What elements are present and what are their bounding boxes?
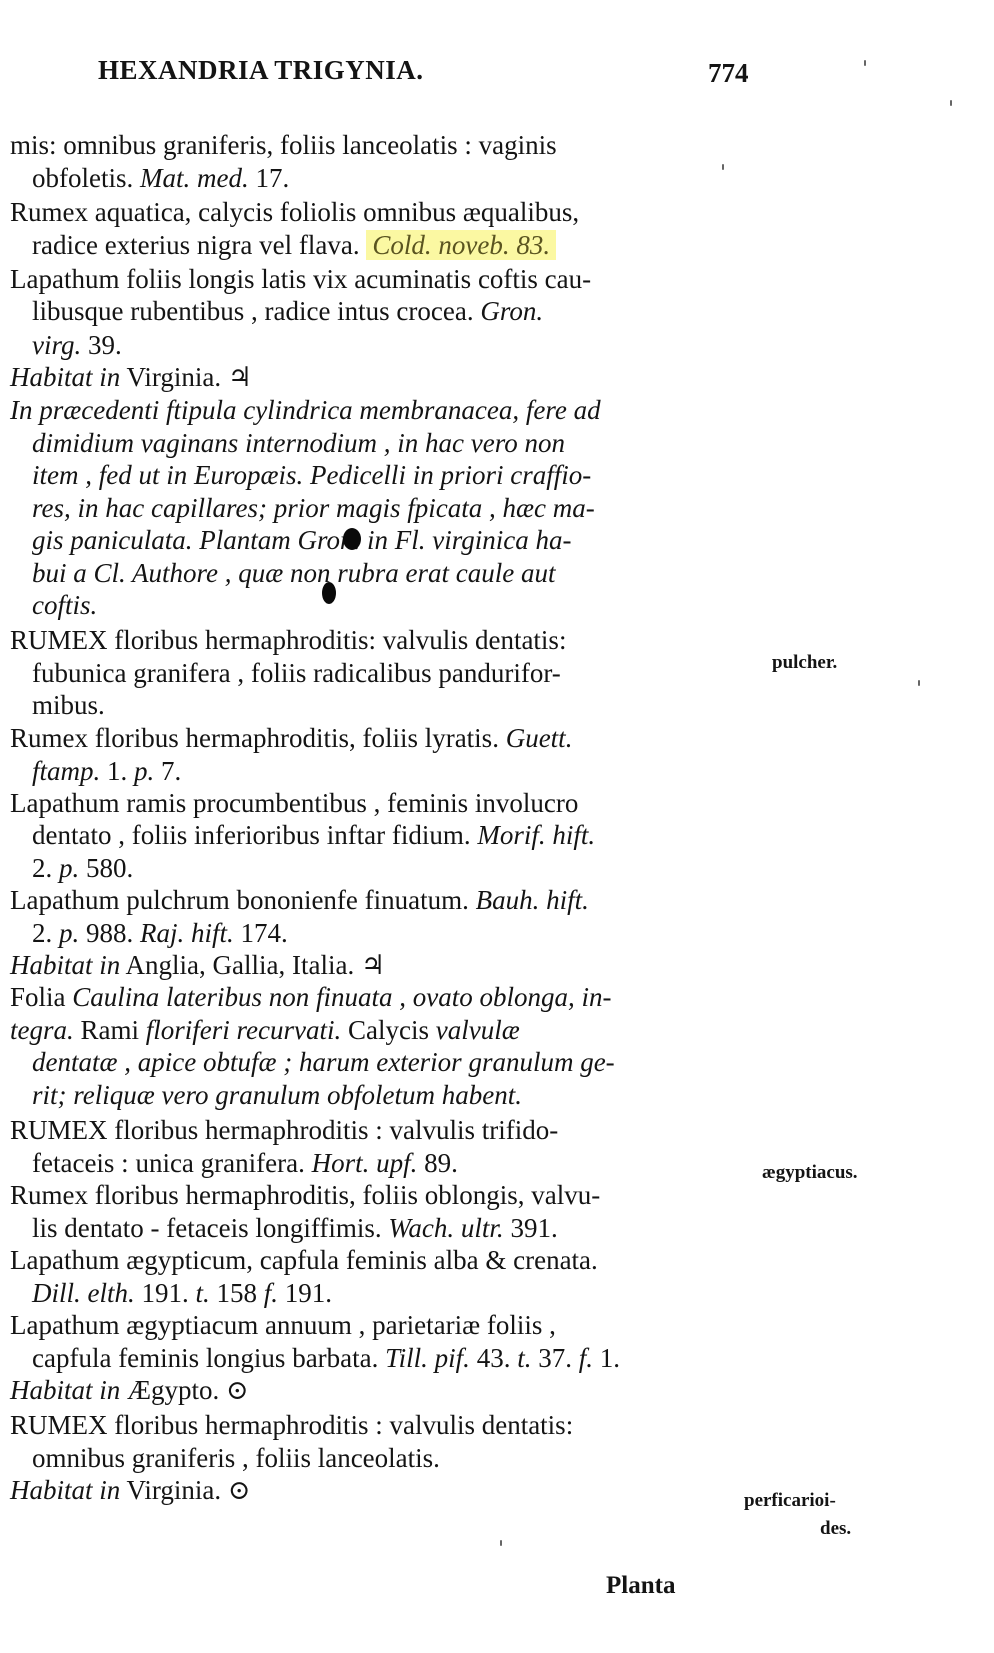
text-line: libusque rubentibus , radice intus croce… — [32, 296, 543, 326]
text-segment: res, in hac capillares; prior magis fpic… — [32, 493, 595, 523]
text-segment: Calycis — [341, 1015, 436, 1045]
text-segment: Virginia. ♃ — [120, 362, 252, 392]
text-line: lis dentato - fetaceis longiffimis. Wach… — [32, 1213, 558, 1243]
text-segment: Habitat in — [10, 1375, 120, 1405]
text-line: Habitat in Virginia. ⊙ — [10, 1475, 251, 1505]
text-segment: Raj. hift. — [140, 918, 234, 948]
text-segment: 37. — [531, 1343, 578, 1373]
text-line: fubunica granifera , foliis radicalibus … — [32, 658, 561, 688]
text-segment: omnibus graniferis , foliis lanceolatis. — [32, 1443, 440, 1473]
text-segment: f. — [264, 1278, 278, 1308]
text-segment: ftamp. — [32, 756, 100, 786]
highlighted-citation: Cold. noveb. 83. — [366, 230, 556, 260]
ink-blot — [322, 582, 336, 604]
text-segment: 1. — [100, 756, 134, 786]
running-head: HEXANDRIA TRIGYNIA. — [98, 55, 424, 86]
text-segment: 391. — [504, 1213, 558, 1243]
text-segment: 17. — [249, 163, 290, 193]
text-line: dimidium vaginans internodium , in hac v… — [32, 428, 565, 458]
text-segment: coftis. — [32, 590, 97, 620]
text-segment: 158 — [210, 1278, 264, 1308]
text-line: fetaceis : unica granifera. Hort. upf. 8… — [32, 1148, 458, 1178]
text-segment: dentatæ , apice obtufæ ; harum exterior … — [32, 1047, 615, 1077]
text-segment: 43. — [470, 1343, 517, 1373]
text-segment: radice exterius nigra vel flava. — [32, 230, 366, 260]
text-segment: bui a Cl. Authore , quæ non rubra erat c… — [32, 558, 556, 588]
text-line: Lapathum pulchrum bononienfe finuatum. B… — [10, 885, 589, 915]
text-line: 2. p. 580. — [32, 853, 133, 883]
text-segment: Gron. — [480, 296, 543, 326]
text-line: gis paniculata. Plantam Gron. in Fl. vir… — [32, 525, 571, 555]
text-segment: Lapathum ægyptiacum annuum , parietariæ … — [10, 1310, 556, 1340]
text-line: ftamp. 1. p. 7. — [32, 756, 181, 786]
text-segment: Rumex floribus hermaphroditis, foliis ob… — [10, 1180, 600, 1210]
text-segment: Mat. med. — [140, 163, 249, 193]
text-segment: Habitat in — [10, 1475, 120, 1505]
text-segment: 191. — [135, 1278, 196, 1308]
text-segment: Lapathum ægypticum, capfula feminis alba… — [10, 1245, 598, 1275]
text-segment: 2. — [32, 918, 59, 948]
text-line: Lapathum foliis longis latis vix acumina… — [10, 264, 591, 294]
text-segment: t. — [517, 1343, 531, 1373]
text-segment: Dill. elth. — [32, 1278, 135, 1308]
text-segment: virg. — [32, 330, 81, 360]
text-segment: mis: omnibus graniferis, foliis lanceola… — [10, 130, 557, 160]
text-segment: fubunica granifera , foliis radicalibus … — [32, 658, 561, 688]
text-segment: rit; reliquæ vero granulum obfoletum hab… — [32, 1080, 522, 1110]
text-line: capfula feminis longius barbata. Till. p… — [32, 1343, 620, 1373]
text-segment: Till. pif. — [385, 1343, 470, 1373]
text-segment: Habitat in — [10, 362, 120, 392]
text-segment: 1. — [593, 1343, 620, 1373]
text-line: Habitat in Ægypto. ⊙ — [10, 1375, 249, 1405]
text-segment: RUMEX floribus hermaphroditis : valvulis… — [10, 1115, 558, 1145]
scan-speck — [500, 1540, 502, 1546]
text-line: dentato , foliis inferioribus inftar fid… — [32, 820, 595, 850]
text-segment: Habitat in — [10, 950, 120, 980]
text-segment: 89. — [417, 1148, 458, 1178]
text-segment: Bauh. hift. — [476, 885, 589, 915]
text-segment: p. — [59, 853, 79, 883]
text-segment: 988. — [79, 918, 140, 948]
margin-species-name: pulcher. — [772, 652, 837, 674]
text-segment: fetaceis : unica granifera. — [32, 1148, 312, 1178]
text-line: radice exterius nigra vel flava. Cold. n… — [32, 230, 556, 260]
text-line: Rumex aquatica, calycis foliolis omnibus… — [10, 197, 579, 227]
text-line: Habitat in Anglia, Gallia, Italia. ♃ — [10, 950, 385, 980]
page-number: 774 — [708, 58, 749, 89]
text-segment: Wach. ultr. — [388, 1213, 503, 1243]
text-segment: In præcedenti ftipula cylindrica membran… — [10, 395, 601, 425]
text-segment: obfoletis. — [32, 163, 140, 193]
text-line: Lapathum ægyptiacum annuum , parietariæ … — [10, 1310, 556, 1340]
text-segment: Ægypto. ⊙ — [120, 1375, 248, 1405]
text-segment: item , fed ut in Europæis. Pedicelli in … — [32, 460, 591, 490]
text-segment: 39. — [81, 330, 122, 360]
text-segment: 580. — [79, 853, 133, 883]
text-segment: 2. — [32, 853, 59, 883]
text-line: res, in hac capillares; prior magis fpic… — [32, 493, 595, 523]
text-line: obfoletis. Mat. med. 17. — [32, 163, 289, 193]
text-line: In præcedenti ftipula cylindrica membran… — [10, 395, 601, 425]
text-line: Rumex floribus hermaphroditis, foliis ob… — [10, 1180, 600, 1210]
book-page: HEXANDRIA TRIGYNIA. 774 mis: omnibus gra… — [0, 0, 994, 1653]
ink-blot — [343, 528, 361, 550]
scan-speck — [918, 680, 920, 686]
text-segment: 174. — [234, 918, 288, 948]
text-segment: 191. — [278, 1278, 332, 1308]
text-segment: Rumex aquatica, calycis foliolis omnibus… — [10, 197, 579, 227]
text-line: mis: omnibus graniferis, foliis lanceola… — [10, 130, 557, 160]
margin-species-name: ægyptiacus. — [762, 1162, 858, 1184]
text-segment: 7. — [154, 756, 181, 786]
text-line: mibus. — [32, 690, 105, 720]
text-segment: RUMEX floribus hermaphroditis: valvulis … — [10, 625, 566, 655]
text-segment: Guett. — [506, 723, 573, 753]
text-segment: Morif. hift. — [477, 820, 595, 850]
text-segment: Caulina lateribus non finuata , ovato ob… — [66, 982, 612, 1012]
text-line: Habitat in Virginia. ♃ — [10, 362, 252, 392]
text-segment: p. — [59, 918, 79, 948]
text-line: RUMEX floribus hermaphroditis : valvulis… — [10, 1410, 573, 1440]
text-segment: libusque rubentibus , radice intus croce… — [32, 296, 480, 326]
text-segment: mibus. — [32, 690, 105, 720]
text-line: RUMEX floribus hermaphroditis: valvulis … — [10, 625, 566, 655]
text-segment: tegra. — [10, 1015, 74, 1045]
text-line: coftis. — [32, 590, 97, 620]
text-segment: capfula feminis longius barbata. — [32, 1343, 385, 1373]
text-line: virg. 39. — [32, 330, 122, 360]
text-line: item , fed ut in Europæis. Pedicelli in … — [32, 460, 591, 490]
text-line: Folia Caulina lateribus non finuata , ov… — [10, 982, 612, 1012]
text-segment: valvulæ — [436, 1015, 520, 1045]
text-segment: Virginia. ⊙ — [120, 1475, 250, 1505]
text-segment: Lapathum pulchrum bononienfe finuatum. — [10, 885, 476, 915]
text-segment: Hort. upf. — [312, 1148, 418, 1178]
text-line: rit; reliquæ vero granulum obfoletum hab… — [32, 1080, 522, 1110]
text-line: Rumex floribus hermaphroditis, foliis ly… — [10, 723, 572, 753]
margin-species-name: perficarioi- — [744, 1490, 836, 1512]
text-segment: p. — [134, 756, 154, 786]
text-segment: Rumex floribus hermaphroditis, foliis ly… — [10, 723, 506, 753]
text-line: 2. p. 988. Raj. hift. 174. — [32, 918, 288, 948]
text-segment: lis dentato - fetaceis longiffimis. — [32, 1213, 388, 1243]
text-segment: Folia — [10, 982, 66, 1012]
text-segment: Lapathum ramis procumbentibus , feminis … — [10, 788, 578, 818]
text-segment: dimidium vaginans internodium , in hac v… — [32, 428, 565, 458]
text-line: tegra. Rami floriferi recurvati. Calycis… — [10, 1015, 520, 1045]
text-segment: Anglia, Gallia, Italia. ♃ — [120, 950, 385, 980]
scan-speck — [722, 164, 724, 170]
text-line: Lapathum ramis procumbentibus , feminis … — [10, 788, 578, 818]
text-line: Lapathum ægypticum, capfula feminis alba… — [10, 1245, 598, 1275]
text-segment: RUMEX floribus hermaphroditis : valvulis… — [10, 1410, 573, 1440]
text-segment: gis paniculata. Plantam Gron. in Fl. vir… — [32, 525, 571, 555]
text-line: omnibus graniferis , foliis lanceolatis. — [32, 1443, 440, 1473]
catchword: Planta — [606, 1572, 675, 1600]
margin-species-name: des. — [820, 1518, 851, 1540]
text-segment: dentato , foliis inferioribus inftar fid… — [32, 820, 477, 850]
text-line: Dill. elth. 191. t. 158 f. 191. — [32, 1278, 332, 1308]
scan-speck — [864, 60, 866, 66]
text-line: dentatæ , apice obtufæ ; harum exterior … — [32, 1047, 615, 1077]
text-segment: floriferi recurvati. — [146, 1015, 341, 1045]
text-segment: Rami — [74, 1015, 146, 1045]
text-segment: Lapathum foliis longis latis vix acumina… — [10, 264, 591, 294]
text-segment: f. — [579, 1343, 593, 1373]
scan-speck — [950, 100, 952, 106]
text-segment: t. — [196, 1278, 210, 1308]
text-line: bui a Cl. Authore , quæ non rubra erat c… — [32, 558, 556, 588]
text-line: RUMEX floribus hermaphroditis : valvulis… — [10, 1115, 558, 1145]
